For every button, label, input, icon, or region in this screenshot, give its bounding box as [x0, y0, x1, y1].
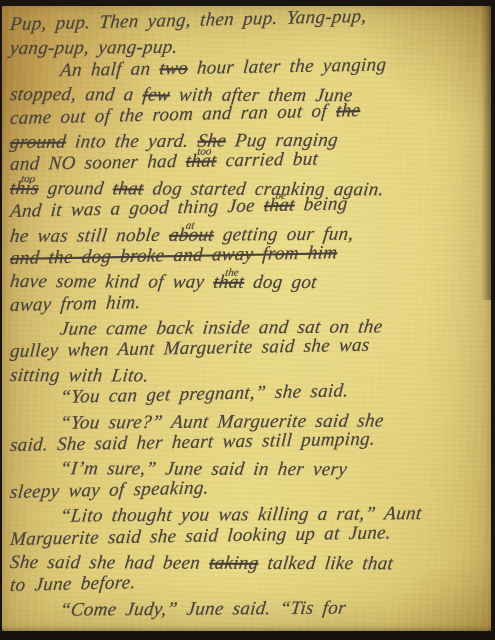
handwriting-text: he was still noble [9, 224, 170, 246]
scanned-page-background: Pup, pup. Then yang, then pup. Yang-pup,… [0, 0, 495, 640]
handwriting-text: to June before. [9, 573, 136, 597]
handwriting-text: “Come Judy,” June said. “Tis for [59, 597, 347, 620]
handwriting-line: “Come Judy,” June said. “Tis for [9, 596, 489, 623]
struck-out-text: thistoo [9, 178, 40, 199]
handwriting-line: Pup, pup. Then yang, then pup. Yang-pup, [9, 3, 489, 37]
struck-out-text: ground [9, 132, 67, 153]
interlinear-insert: too [20, 168, 36, 190]
handwriting-text: into the yard. [65, 131, 199, 153]
struck-out-text: thatbe [263, 195, 296, 217]
struck-out-text: and the dog broke and away from him [9, 242, 338, 269]
handwriting-text: have some kind of way [9, 271, 215, 293]
struck-out-text: aboutat [168, 224, 215, 245]
interlinear-insert: the [224, 262, 240, 284]
interlinear-insert: too [197, 141, 213, 163]
manuscript-lines: Pup, pup. Then yang, then pup. Yang-pup,… [10, 14, 487, 629]
handwriting-text: An half an [59, 58, 160, 81]
handwriting-text: gulley when Aunt Marguerite said she was [9, 335, 370, 362]
handwriting-text: ground [38, 178, 114, 199]
handwriting-text: away from him. [9, 292, 141, 316]
manuscript-paper: Pup, pup. Then yang, then pup. Yang-pup,… [2, 6, 491, 631]
struck-out-text: that [112, 178, 145, 199]
interlinear-insert: be [275, 185, 287, 207]
struck-out-text: the [335, 100, 361, 122]
handwriting-text: yang-pup, yang-pup. [9, 37, 179, 59]
handwriting-text: sitting with Lito. [9, 365, 150, 386]
handwriting-text: hour later the yanging [187, 54, 387, 78]
interlinear-insert: at [185, 214, 196, 236]
handwriting-text: being [294, 193, 349, 215]
struck-out-text: few [142, 85, 172, 106]
struck-out-text: two [159, 58, 189, 79]
handwriting-text: Pup, pup. Then yang, then pup. Yang-pup, [9, 6, 367, 35]
handwriting-text: And it was a good thing Joe [9, 195, 265, 222]
handwriting-text: sleepy way of speaking. [9, 477, 209, 502]
struck-out-text: thattoo [185, 151, 217, 173]
handwriting-text: stopped, and a [9, 84, 144, 105]
handwriting-text: carried but [216, 149, 319, 172]
